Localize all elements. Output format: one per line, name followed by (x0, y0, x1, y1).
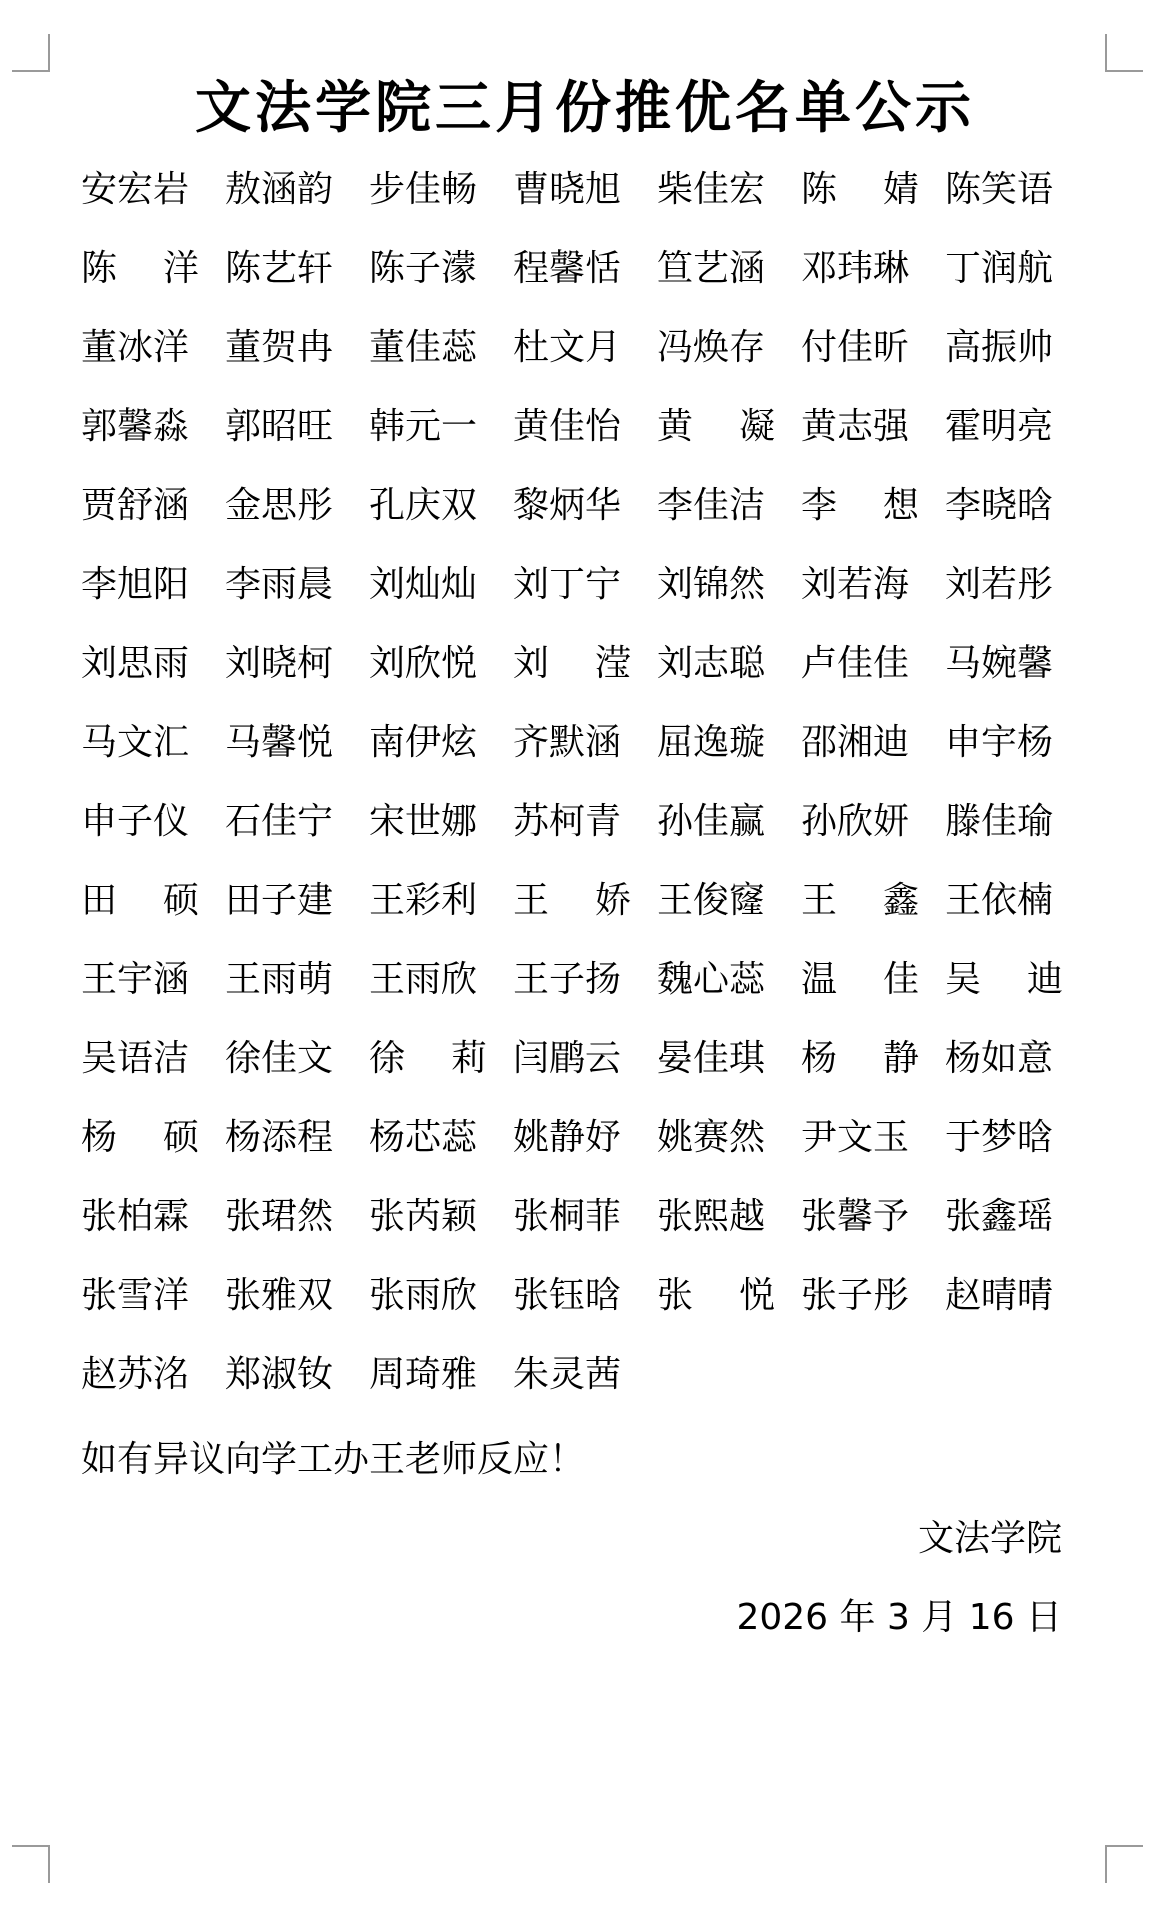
name-row: 李旭阳李雨晨刘灿灿刘丁宁刘锦然刘若海刘若彤 (81, 559, 1091, 638)
list-item: 刘灿灿 (369, 559, 513, 611)
list-item: 程馨恬 (513, 243, 657, 295)
list-item: 杨芯蕊 (369, 1112, 513, 1164)
name-row: 王宇涵王雨萌王雨欣王子扬魏心蕊温佳吴迪 (81, 954, 1091, 1033)
list-item: 步佳畅 (369, 164, 513, 216)
list-item: 徐莉 (369, 1033, 513, 1085)
list-item: 邓玮琳 (801, 243, 945, 295)
name-row: 申子仪石佳宁宋世娜苏柯青孙佳赢孙欣妍滕佳瑜 (81, 796, 1091, 875)
list-item: 刘滢 (513, 638, 657, 690)
list-item: 曹晓旭 (513, 164, 657, 216)
list-item: 刘思雨 (81, 638, 225, 690)
list-item: 石佳宁 (225, 796, 369, 848)
list-item: 黄佳怡 (513, 401, 657, 453)
list-item: 刘晓柯 (225, 638, 369, 690)
list-item: 丁润航 (945, 243, 1089, 295)
list-item: 温佳 (801, 954, 945, 1006)
list-item: 滕佳瑜 (945, 796, 1089, 848)
name-row: 郭馨淼郭昭旺韩元一黄佳怡黄凝黄志强霍明亮 (81, 401, 1091, 480)
list-item: 魏心蕊 (657, 954, 801, 1006)
list-item: 卢佳佳 (801, 638, 945, 690)
list-item: 张馨予 (801, 1191, 945, 1243)
name-row: 马文汇马馨悦南伊炫齐默涵屈逸璇邵湘迪申宇杨 (81, 717, 1091, 796)
list-item: 申子仪 (81, 796, 225, 848)
name-row: 安宏岩敖涵韵步佳畅曹晓旭柴佳宏陈婧陈笑语 (81, 164, 1091, 243)
list-item: 赵晴晴 (945, 1270, 1089, 1322)
list-item: 田硕 (81, 875, 225, 927)
list-item: 宋世娜 (369, 796, 513, 848)
list-item: 孙欣妍 (801, 796, 945, 848)
list-item: 王雨萌 (225, 954, 369, 1006)
list-item: 孙佳赢 (657, 796, 801, 848)
page-corner-mark-bottom-right (1105, 1845, 1143, 1883)
list-item: 王依楠 (945, 875, 1089, 927)
name-row: 张柏霖张珺然张芮颖张桐菲张熙越张馨予张鑫瑶 (81, 1191, 1091, 1270)
list-item: 赵苏洺 (81, 1349, 225, 1401)
list-item: 王雨欣 (369, 954, 513, 1006)
page-corner-mark-top-right (1105, 34, 1143, 72)
list-item: 陈笑语 (945, 164, 1089, 216)
list-item: 陈洋 (81, 243, 225, 295)
name-row: 董冰洋董贺冉董佳蕊杜文月冯焕存付佳昕高振帅 (81, 322, 1091, 401)
list-item: 杜文月 (513, 322, 657, 374)
list-item: 吴迪 (945, 954, 1089, 1006)
list-item: 王宇涵 (81, 954, 225, 1006)
list-item: 张子彤 (801, 1270, 945, 1322)
list-item: 杨静 (801, 1033, 945, 1085)
list-item: 于梦晗 (945, 1112, 1089, 1164)
name-row: 赵苏洺郑淑钕周琦雅朱灵茜 (81, 1349, 1091, 1428)
list-item: 郭昭旺 (225, 401, 369, 453)
list-item: 田子建 (225, 875, 369, 927)
list-item: 高振帅 (945, 322, 1089, 374)
list-item: 柴佳宏 (657, 164, 801, 216)
name-row: 吴语洁徐佳文徐莉闫鹛云晏佳琪杨静杨如意 (81, 1033, 1091, 1112)
list-item: 屈逸璇 (657, 717, 801, 769)
list-item: 王子扬 (513, 954, 657, 1006)
list-item: 张雨欣 (369, 1270, 513, 1322)
list-item: 周琦雅 (369, 1349, 513, 1401)
list-item: 董贺冉 (225, 322, 369, 374)
list-item: 张桐菲 (513, 1191, 657, 1243)
list-item: 马婉馨 (945, 638, 1089, 690)
list-item: 张钰晗 (513, 1270, 657, 1322)
list-item: 刘若彤 (945, 559, 1089, 611)
list-item: 杨添程 (225, 1112, 369, 1164)
list-item: 陈艺轩 (225, 243, 369, 295)
list-item: 申宇杨 (945, 717, 1089, 769)
list-item: 陈婧 (801, 164, 945, 216)
signature-organization: 文法学院 (918, 1513, 1062, 1565)
list-item: 姚赛然 (657, 1112, 801, 1164)
list-item: 陈子濛 (369, 243, 513, 295)
signature-date: 2026 年 3 月 16 日 (736, 1592, 1062, 1644)
list-item: 徐佳文 (225, 1033, 369, 1085)
list-item: 李旭阳 (81, 559, 225, 611)
list-item: 张芮颖 (369, 1191, 513, 1243)
name-row: 陈洋陈艺轩陈子濛程馨恬笪艺涵邓玮琳丁润航 (81, 243, 1091, 322)
list-item: 王鑫 (801, 875, 945, 927)
list-item: 韩元一 (369, 401, 513, 453)
list-item: 郑淑钕 (225, 1349, 369, 1401)
list-item: 黄志强 (801, 401, 945, 453)
list-item: 李想 (801, 480, 945, 532)
list-item: 齐默涵 (513, 717, 657, 769)
objection-note: 如有异议向学工办王老师反应！ (81, 1434, 585, 1486)
list-item: 刘志聪 (657, 638, 801, 690)
name-row: 张雪洋张雅双张雨欣张钰晗张悦张子彤赵晴晴 (81, 1270, 1091, 1349)
list-item: 吴语洁 (81, 1033, 225, 1085)
name-row: 田硕田子建王彩利王娇王俊窿王鑫王依楠 (81, 875, 1091, 954)
list-item: 南伊炫 (369, 717, 513, 769)
list-item: 苏柯青 (513, 796, 657, 848)
list-item: 朱灵茜 (513, 1349, 657, 1401)
list-item: 刘锦然 (657, 559, 801, 611)
list-item: 晏佳琪 (657, 1033, 801, 1085)
list-item: 安宏岩 (81, 164, 225, 216)
list-item: 霍明亮 (945, 401, 1089, 453)
name-list: 安宏岩敖涵韵步佳畅曹晓旭柴佳宏陈婧陈笑语陈洋陈艺轩陈子濛程馨恬笪艺涵邓玮琳丁润航… (81, 164, 1091, 1428)
list-item: 王娇 (513, 875, 657, 927)
list-item: 付佳昕 (801, 322, 945, 374)
list-item: 郭馨淼 (81, 401, 225, 453)
name-row: 杨硕杨添程杨芯蕊姚静妤姚赛然尹文玉于梦晗 (81, 1112, 1091, 1191)
list-item: 冯焕存 (657, 322, 801, 374)
document-title: 文法学院三月份推优名单公示 (0, 74, 1156, 144)
list-item: 张珺然 (225, 1191, 369, 1243)
list-item: 杨硕 (81, 1112, 225, 1164)
list-item: 贾舒涵 (81, 480, 225, 532)
list-item: 张熙越 (657, 1191, 801, 1243)
name-row: 贾舒涵金思彤孔庆双黎炳华李佳洁李想李晓晗 (81, 480, 1091, 559)
list-item: 马馨悦 (225, 717, 369, 769)
list-item: 尹文玉 (801, 1112, 945, 1164)
list-item: 李晓晗 (945, 480, 1089, 532)
list-item: 敖涵韵 (225, 164, 369, 216)
list-item: 孔庆双 (369, 480, 513, 532)
list-item: 刘欣悦 (369, 638, 513, 690)
list-item: 李雨晨 (225, 559, 369, 611)
list-item: 李佳洁 (657, 480, 801, 532)
list-item: 王彩利 (369, 875, 513, 927)
list-item: 张柏霖 (81, 1191, 225, 1243)
list-item: 张鑫瑶 (945, 1191, 1089, 1243)
page-corner-mark-top-left (12, 34, 50, 72)
list-item: 马文汇 (81, 717, 225, 769)
page-corner-mark-bottom-left (12, 1845, 50, 1883)
list-item: 黎炳华 (513, 480, 657, 532)
list-item: 董佳蕊 (369, 322, 513, 374)
list-item: 张悦 (657, 1270, 801, 1322)
list-item: 杨如意 (945, 1033, 1089, 1085)
list-item: 姚静妤 (513, 1112, 657, 1164)
list-item: 刘若海 (801, 559, 945, 611)
list-item: 黄凝 (657, 401, 801, 453)
list-item: 邵湘迪 (801, 717, 945, 769)
list-item: 王俊窿 (657, 875, 801, 927)
list-item: 笪艺涵 (657, 243, 801, 295)
name-row: 刘思雨刘晓柯刘欣悦刘滢刘志聪卢佳佳马婉馨 (81, 638, 1091, 717)
list-item: 闫鹛云 (513, 1033, 657, 1085)
list-item: 张雪洋 (81, 1270, 225, 1322)
list-item: 董冰洋 (81, 322, 225, 374)
list-item: 刘丁宁 (513, 559, 657, 611)
list-item: 张雅双 (225, 1270, 369, 1322)
list-item: 金思彤 (225, 480, 369, 532)
